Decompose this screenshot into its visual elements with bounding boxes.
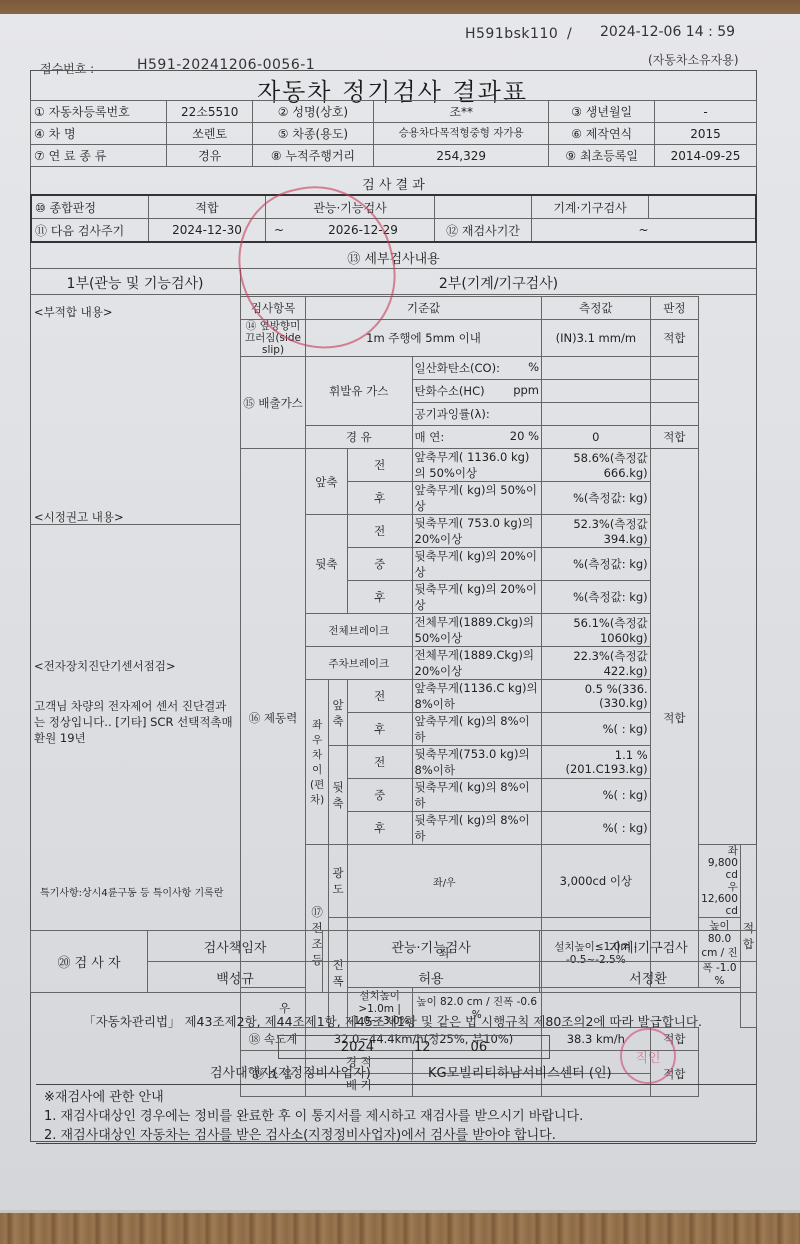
- brake-measured: %(측정값: kg): [542, 548, 651, 581]
- parking-brake-standard: 전체무게(1889.Ckg)의 20%이상: [412, 647, 542, 680]
- mileage-label: ⑧ 누적주행거리: [252, 145, 373, 167]
- diff-standard: 앞축무게( kg)의 8%이하: [412, 713, 542, 746]
- co-label: 일산화탄소(CO):%: [412, 357, 542, 380]
- first-reg-label: ⑨ 최초등록일: [549, 145, 655, 167]
- special-note-label: 특기사항:상시4륜구동 등 특이사항 기록란: [40, 884, 224, 899]
- diff-standard: 뒷축무게( kg)의 8%이하: [412, 779, 542, 812]
- issue-month: 12: [414, 1040, 431, 1055]
- side-slip-verdict: 적합: [650, 320, 698, 357]
- rear-axle-label: 뒷축: [306, 515, 348, 614]
- mech-inspector-name: 서정환: [540, 962, 757, 993]
- issue-day: 06: [471, 1040, 488, 1055]
- vehicle-info-table: ① 자동차등록번호 22소5510 ② 성명(상호) 조** ③ 생년월일 - …: [30, 100, 757, 167]
- col-verdict: 판정: [650, 297, 698, 320]
- result-section-title: 검 사 결 과: [30, 174, 757, 193]
- parking-brake-label: 주차브레이크: [306, 647, 412, 680]
- emission-label: ⑮ 배출가스: [241, 357, 306, 449]
- next-inspection-from: 2024-12-30: [149, 219, 266, 243]
- diff-measured: %( : kg): [542, 779, 651, 812]
- pos-label: 후: [347, 713, 412, 746]
- year-value: 2015: [655, 123, 757, 145]
- advice-label: <시정권고 내용>: [34, 509, 124, 525]
- nonconform-label: <부적합 내용>: [34, 304, 112, 320]
- model-value: 쏘렌토: [167, 123, 253, 145]
- total-brake-label: 전체브레이크: [306, 614, 412, 647]
- brake-standard: 앞축무게( 1136.0 kg)의 50%이상: [412, 449, 542, 482]
- lr-label: 좌/우: [347, 845, 541, 918]
- reg-no: 22소5510: [167, 101, 253, 123]
- detail-section-title: ⑬ 세부검사내용: [30, 248, 757, 267]
- pos-label: 후: [347, 482, 412, 515]
- type-value: 승용차다목적형중형 자가용: [373, 123, 548, 145]
- reinspect-label: ⑫ 재검사기간: [435, 219, 532, 243]
- brake-standard: 뒷축무게( kg)의 20%이상: [412, 581, 542, 614]
- type-label: ⑤ 차종(용도): [252, 123, 373, 145]
- rear-axle-label: 뒷축: [329, 746, 347, 845]
- diff-standard: 뒷축무게(753.0 kg)의 8%이하: [412, 746, 542, 779]
- brake-standard: 뒷축무게( 753.0 kg)의 20%이상: [412, 515, 542, 548]
- hc-label: 탄화수소(HC)ppm: [412, 380, 542, 403]
- birth-value: -: [655, 101, 757, 123]
- chief-inspector-header: 검사책임자: [148, 931, 323, 962]
- birth-label: ③ 생년월일: [549, 101, 655, 123]
- pos-label: 후: [347, 581, 412, 614]
- notice-title: ※재검사에 관한 안내: [44, 1088, 756, 1107]
- issue-year: 2024: [341, 1040, 374, 1055]
- luminosity-standard: 3,000cd 이상: [542, 845, 651, 918]
- inspector-label: ⑳ 검 사 자: [31, 931, 148, 993]
- brake-verdict: 적합: [650, 449, 698, 988]
- divider: [30, 294, 757, 295]
- brake-measured: 58.6%(측정값666.kg): [542, 449, 651, 482]
- overall-label: ⑩ 종합판정: [31, 195, 149, 219]
- mech-inspector-header: 기계·기구검사: [540, 931, 757, 962]
- func-inspector-name: 허용: [323, 962, 540, 993]
- pos-label: 전: [347, 515, 412, 548]
- pos-label: 중: [347, 779, 412, 812]
- front-axle-label: 앞축: [329, 680, 347, 746]
- smoke-row: 매 연:20 %: [412, 426, 542, 449]
- brake-measured: 52.3%(측정값394.kg): [542, 515, 651, 548]
- brake-measured: %(측정값: kg): [542, 482, 651, 515]
- fuel-label: ⑦ 연 료 종 류: [31, 145, 167, 167]
- func-inspector-header: 관능·기능검사: [323, 931, 540, 962]
- print-datetime: 2024-12-06 14 : 59: [600, 24, 735, 40]
- part1-panel: <부적합 내용> <시정권고 내용> <전자장치진단기센서점검> 고객님 차량의…: [30, 296, 241, 931]
- notice-item-1: 1. 재검사대상인 경우에는 정비를 완료한 후 이 통지서를 제시하고 재검사…: [44, 1107, 756, 1126]
- mech-check-label: 기계·기구검사: [532, 195, 649, 219]
- reg-no-label: ① 자동차등록번호: [31, 101, 167, 123]
- owner-label: ② 성명(상호): [252, 101, 373, 123]
- next-inspection-to: 2026-12-29: [292, 219, 435, 243]
- diff-standard: 뒷축무게( kg)의 8%이하: [412, 812, 542, 845]
- diff-measured: %( : kg): [542, 713, 651, 746]
- lambda-label: 공기과잉률(λ):: [412, 403, 542, 426]
- reinspect-period: ~: [532, 219, 757, 243]
- fuel-value: 경유: [167, 145, 253, 167]
- result-table: ⑩ 종합판정 적합 관능·기능검사 기계·기구검사 ⑪ 다음 검사주기 2024…: [30, 194, 757, 243]
- sensor-result: 고객님 차량의 전자제어 센서 진단결과는 정상입니다.. [기타] SCR 선…: [34, 698, 234, 746]
- front-axle-label: 앞축: [306, 449, 348, 515]
- emission-verdict: 적합: [650, 426, 698, 449]
- smoke-measured: 0: [542, 426, 651, 449]
- side-slip-label: ⑭ 옆방향미끄러짐(side slip): [241, 320, 306, 357]
- brake-measured: %(측정값: kg): [542, 581, 651, 614]
- pos-label: 전: [347, 680, 412, 713]
- inspector-table: ⑳ 검 사 자 검사책임자 관능·기능검사 기계·기구검사 백성규 허용 서정환: [30, 930, 757, 993]
- diff-measured: 1.1 %(201.C193.kg): [542, 746, 651, 779]
- side-slip-measured: (IN)3.1 mm/m: [542, 320, 651, 357]
- parking-brake-measured: 22.3%(측정값422.kg): [542, 647, 651, 680]
- next-inspection-label: ⑪ 다음 검사주기: [31, 219, 149, 243]
- notice-item-2: 2. 재검사대상인 자동차는 검사를 받은 검사소(지정정비사업자)에서 검사를…: [44, 1126, 756, 1145]
- pos-label: 전: [347, 746, 412, 779]
- brake-standard: 뒷축무게( kg)의 20%이상: [412, 548, 542, 581]
- sensor-label: <전자장치진단기센서점검>: [34, 658, 175, 674]
- part2-title: 2부(기계/기구검사): [240, 273, 757, 293]
- side-slip-standard: 1m 주행에 5mm 이내: [306, 320, 542, 357]
- agent-label: 검사대행자(지정정비사업자): [210, 1062, 371, 1081]
- issue-date: 2024 12 06: [278, 1035, 550, 1059]
- diff-measured: %( : kg): [542, 812, 651, 845]
- copy-type: (자동차소유자용): [648, 51, 739, 68]
- pos-label: 후: [347, 812, 412, 845]
- divider: [30, 268, 757, 269]
- first-reg-value: 2014-09-25: [655, 145, 757, 167]
- divider: [240, 268, 241, 296]
- year-label: ⑥ 제작연식: [549, 123, 655, 145]
- diff-standard: 앞축무게(1136.C kg)의 8%이하: [412, 680, 542, 713]
- tilde: ~: [266, 219, 293, 243]
- pos-label: 중: [347, 548, 412, 581]
- part1-title: 1부(관능 및 기능검사): [30, 273, 240, 293]
- agent-name: KG모빌리티하남서비스센터 (인): [428, 1062, 612, 1081]
- total-brake-standard: 전체무게(1889.Ckg)의 50%이상: [412, 614, 542, 647]
- luminosity-measured: 좌 9,800 cd우 12,600 cd: [699, 845, 741, 918]
- total-brake-measured: 56.1%(측정값1060kg): [542, 614, 651, 647]
- reinspection-notice: ※재검사에 관한 안내 1. 재검사대상인 경우에는 정비를 완료한 후 이 통…: [36, 1084, 756, 1144]
- brake-standard: 앞축무게( kg)의 50%이상: [412, 482, 542, 515]
- col-standard: 기준값: [306, 297, 542, 320]
- diff-measured: 0.5 %(336.(330.kg): [542, 680, 651, 713]
- pos-label: 전: [347, 449, 412, 482]
- overall-verdict: 적합: [149, 195, 266, 219]
- gasoline-label: 휘발유 가스: [306, 357, 412, 426]
- header-separator: /: [567, 26, 572, 42]
- col-item: 검사항목: [241, 297, 306, 320]
- brake-label: ⑯ 제동력: [241, 449, 306, 988]
- mileage-value: 254,329: [373, 145, 548, 167]
- official-seal-icon: 직인: [620, 1028, 676, 1084]
- chief-inspector-name: 백성규: [148, 962, 323, 993]
- luminosity-label: 광도: [329, 845, 347, 918]
- owner-name: 조**: [373, 101, 548, 123]
- func-check-label: 관능·기능검사: [266, 195, 435, 219]
- model-label: ④ 차 명: [31, 123, 167, 145]
- diesel-label: 경 유: [306, 426, 412, 449]
- terminal-id: H591bsk110: [465, 26, 558, 42]
- col-measured: 측정값: [542, 297, 651, 320]
- wood-table: [0, 1210, 800, 1244]
- lr-diff-label: 좌우차이(편차): [306, 680, 329, 845]
